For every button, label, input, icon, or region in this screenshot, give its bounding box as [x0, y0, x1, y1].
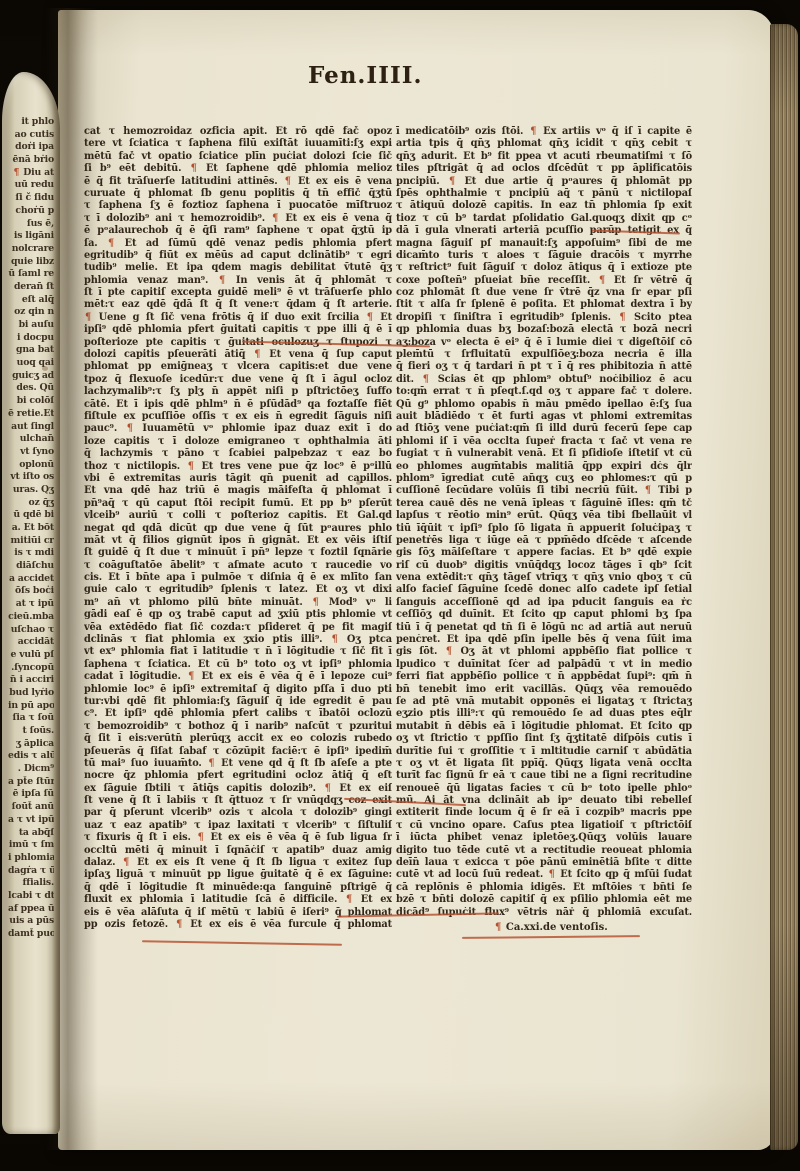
text-line: extiterit finde locum q̄ ē ſr eā ī cozpi…: [396, 807, 692, 819]
text-line: gis ſōt̄. ¶ Oʒ āt vt phlomi appbēſio fia…: [396, 646, 692, 658]
text-line: tur:vbi qdē fit phlomia:ſʒ ſāguiſ q̄ ide…: [84, 696, 392, 708]
text-line: ē reṫie.Et: [8, 408, 54, 421]
text-line: ceſſiōʒ qd duīnit̄. Et ſcito qp caput ph…: [396, 609, 692, 621]
text-line: par q̄ pſerunt vlcerib⁹ ozis τ alcola τ …: [84, 807, 392, 819]
text-line: τ ī dolozib⁹ ani τ hemozroidib⁹. ¶ Et ex…: [84, 213, 392, 225]
text-line: gna bat: [8, 344, 54, 357]
text-line: doṙi ipa: [8, 141, 54, 154]
text-line: ī iūct̄a phibet venaz ipletōeʒ.Qūqʒ volū…: [396, 832, 692, 844]
text-line: cā replōnis ē phlomia idigēs. Et mſtōies…: [396, 882, 692, 894]
pilcrow-mark: ¶: [13, 167, 21, 178]
text-line: lcabi τ dt: [8, 890, 54, 903]
text-line: t ſoūs.: [8, 725, 54, 738]
pilcrow-mark: ¶: [494, 922, 502, 933]
text-line: choṙū p: [8, 205, 54, 218]
text-line: pp ozis fetozē. ¶ Et ex eis ē vēa furcul…: [84, 919, 392, 931]
text-line: cis. Et ī bn̄te apa ī pulmōe τ diſnia q̄…: [84, 572, 392, 584]
text-line: tpoz q̄ flexuoſe icedūr:τ due vene q̄ ſt…: [84, 374, 392, 386]
text-line: ipſaʒ liguā τ minuūt̄ pp ligue ḡuitatē q…: [84, 869, 392, 881]
text-line: τ ſaphena ſʒ ē foztioz ſaphena ī puocatō…: [84, 200, 392, 212]
text-line: vt ſyno: [8, 446, 54, 459]
text-line: aʒ:boza vᵒ electa ē ei⁹ q̄ ē ī lumie die…: [396, 337, 692, 349]
text-line: ē pᵒalaurechob q̄ ē q̄ſi ram⁹ ſaphene τ …: [84, 225, 392, 237]
text-line: dalaz. ¶ Et ex eis ſt vene q̄ ſt ſb ligu…: [84, 857, 392, 869]
text-line: to:qm̄ errat τ n̄ pſeqt̄.ſ.qd oʒ τ appar…: [396, 386, 692, 398]
text-line: penċret. Et ipa qdē pſin ipelle bēs q̄ v…: [396, 634, 692, 646]
text-line: uſchao τ: [8, 624, 54, 637]
text-line: ē q̄ fit trāſuerſe latitudini attinēs. ¶…: [84, 176, 392, 188]
rubric-underline: [142, 940, 342, 945]
text-line: ſt guidē q̄ ſt due τ minuūt̄ ī pn̄⁹ lepz…: [84, 547, 392, 559]
text-line: mū. Ai āt vna dclināit ab ipᵒ deuat̄o ti…: [396, 795, 692, 807]
text-line: tudib⁹ melie. Et ipa qdem magis debilita…: [84, 262, 392, 274]
text-line: e vulū pſ: [8, 649, 54, 662]
text-line: phlomia venaz man⁹. ¶ In venis āt q̄ phl…: [84, 275, 392, 287]
pilcrow-mark: ¶: [190, 163, 198, 174]
foxing-spot: [356, 481, 361, 485]
pilcrow-mark: ¶: [598, 275, 606, 286]
text-line: ſi b⁹ eēt debitū. ¶ Et ſaphene qdē phlom…: [84, 163, 392, 175]
text-line: imū τ ſm: [8, 839, 54, 852]
text-line: plem̄tū τ ſrfluitatū expulſiōeʒ:boza nec…: [396, 349, 692, 361]
text-line: tere vt ſciatica τ ſaphena filū exiſtāt …: [84, 138, 392, 150]
pilcrow-mark: ¶: [284, 176, 292, 187]
text-line: ōſs boċi: [8, 585, 54, 598]
text-line: ī medicatōib⁹ ozis ſtōi. ¶ Ex arṫiis vᵒ …: [396, 126, 692, 138]
page-heading: Fen.IIII.: [308, 62, 422, 89]
text-line: Et vna qdē haz triū ē magis māifeſta q̄ …: [84, 485, 392, 497]
text-line: thoz τ nictilopis. ¶ Et tres vene pue q̄…: [84, 461, 392, 473]
pilcrow-mark: ¶: [218, 275, 226, 286]
fore-edge-pages: [770, 24, 798, 1150]
text-line: cutē vt ad locū ſuū redeat̄. ¶ Et ſcito …: [396, 869, 692, 881]
text-line: tioz τ cū b⁹ tardat̄ pſolidatio Gal.quoq…: [396, 213, 692, 225]
text-line: deran̄ ſt: [8, 281, 54, 294]
text-line: a τ vt ipū: [8, 814, 54, 827]
pilcrow-mark: ¶: [253, 349, 261, 360]
pilcrow-mark: ¶: [84, 312, 92, 323]
text-line: vt ex⁹ phlomia fiat ī latitudie τ n̄ ī l…: [84, 646, 392, 658]
text-line: ū ſaml re: [8, 268, 54, 281]
text-line: vēa extēdēdo fiat ſič cozda:τ pſideret̄ …: [84, 622, 392, 634]
text-line: vena extēdit̄:τ qn̄ʒ tāgeſ vtrīqʒ τ qn̄ʒ…: [396, 572, 692, 584]
previous-page-text-fragments: it phloao cutisdoṙi ipaēnā bṙio¶ Diu atu…: [8, 116, 54, 941]
text-line: ſa. ¶ Et ad ſūmū qdē venaz pedis phlomia…: [84, 238, 392, 250]
pilcrow-mark: ¶: [197, 832, 205, 843]
text-line: ao cutis: [8, 129, 54, 142]
text-line: mutabit̄ n̄ dēbis eā ī lōgitudie phlomat…: [396, 721, 692, 733]
text-line: .ſyncopū: [8, 662, 54, 675]
text-line: cātē. Et ī ipis qdē phlm⁹ n̄ ē pſūdād⁹ q…: [84, 399, 392, 411]
text-line: n̄ i acciri: [8, 674, 54, 687]
text-line: guie calo τ egritudib⁹ ſplenis τ latez. …: [84, 584, 392, 596]
pilcrow-mark: ¶: [107, 238, 115, 249]
text-line: ex ſāguie ſbtili τ ātiq̄s capitis dolozi…: [84, 783, 392, 795]
text-line: pauc⁹. ¶ Iuuamētū vᵒ phlomie ipaz duaz e…: [84, 423, 392, 435]
text-line: τ oʒ vt ēt ligat̄a ſit ppīq̄. Qūqʒ ligat…: [396, 758, 692, 770]
text-line: is τ mdi: [8, 547, 54, 560]
text-line: damt̄ puo: [8, 928, 54, 941]
text-line: uis a pūs: [8, 915, 54, 928]
text-line: bn̄ tenebit̄ imo erit vacillās. Qūqʒ vēa…: [396, 684, 692, 696]
text-line: arṫia tpis q̄ qn̄ʒ phlomat̄ qn̄ʒ icidit̄…: [396, 138, 692, 150]
text-line: miṫiūi cr: [8, 535, 54, 548]
text-line: ſaphena τ ſciatica. Et cū b⁹ toto oʒ vt …: [84, 659, 392, 671]
text-line: des. Qū: [8, 382, 54, 395]
pilcrow-mark: ¶: [175, 919, 183, 930]
pilcrow-mark: ¶: [187, 461, 195, 472]
text-line: magna ſāguiſ pſ manauit:ſʒ appoſuim⁹ ſib…: [396, 238, 692, 250]
text-line: i phlomia: [8, 852, 54, 865]
text-line: oʒ vt ſtrictio τ ppſſio ſint ſʒ q̄ʒtit̄a…: [396, 733, 692, 745]
text-line: τ coāguſtatōe ābelit⁹ τ aſmate acuto τ r…: [84, 560, 392, 572]
text-line: m⁹ an̄ vt phlomo pilū bn̄te minuāt̄. ¶ M…: [84, 597, 392, 609]
text-line: bud lyṙio: [8, 687, 54, 700]
text-line: phlom⁹ īgrediat̄ cutē an̄qʒ cuʒ eo phlom…: [396, 473, 692, 485]
text-line: τ bemozroidib⁹ τ bothoz q̄ ī narib⁹ naſc…: [84, 721, 392, 733]
text-line: tū mai⁹ ſuo iuuam̄to. ¶ Et vene qd q̄ ſt…: [84, 758, 392, 770]
text-line: oz qin n: [8, 306, 54, 319]
text-line: q̄ ſit ī eis:verūtn̄ plerūqʒ accit ex eo…: [84, 733, 392, 745]
text-line: ſi č ſidu: [8, 192, 54, 205]
text-line: i docpu: [8, 332, 54, 345]
pilcrow-mark: ¶: [207, 758, 215, 769]
text-line: uaz τ eaz apatib⁹ τ ipaz laxitati τ vlce…: [84, 820, 392, 832]
text-line: nocre q̄z phlomia pfert egritudini ocloz…: [84, 770, 392, 782]
chapter-heading: ¶ Ca.xxi.de ventoſis.: [494, 922, 704, 933]
text-line: turīt fac ſignū ſr eā τ caue tibi ne a ſ…: [396, 770, 692, 782]
text-line: it phlo: [8, 116, 54, 129]
text-line: ſtit τ alſa ſr ſplenē ē poſita. Et phlom…: [396, 299, 692, 311]
text-line: mēt̄:τ eaz qdē q̄dā ſt q̄ ſt vene:τ q̄da…: [84, 299, 392, 311]
text-line: phlomie loc⁹ ē ipſi⁹ extremitaſ q̄ digit…: [84, 684, 392, 696]
pilcrow-mark: ¶: [312, 597, 320, 608]
text-line: loze capitis τ ī doloze emigraneo τ opht…: [84, 436, 392, 448]
text-line: negat qd qdā dicūt qp due vene q̄ ſūt pᵒ…: [84, 523, 392, 535]
text-line: fluxit ex phlomia ī latitudie ſcā ē diff…: [84, 894, 392, 906]
text-line: tiles pſtrigāt̄ q̄ ad oclos dſcēdūt τ pp…: [396, 163, 692, 175]
text-line: ſus ē,: [8, 218, 54, 231]
text-line: durītie ſui τ groſſitie τ ī mltitudie ca…: [396, 746, 692, 758]
chapter-heading-text: Ca.xxi.de ventoſis.: [506, 922, 608, 933]
text-line: egritudib⁹ q̄ fiūt ex mēūs ad caput dcli…: [84, 250, 392, 262]
text-line: phlomi iſ ī vēa occlta ſupeṙ fracta τ ſa…: [396, 436, 692, 448]
text-line: qn̄ʒ adurit̄. Et b⁹ fit ppea vt acuti rb…: [396, 151, 692, 163]
text-line: ſia τ ſoū: [8, 712, 54, 725]
text-line: dclinās τ fiat phlomia ex ʒxio ptis illi…: [84, 634, 392, 646]
text-line: . Dicm⁹: [8, 763, 54, 776]
text-line: ū qdē bi: [8, 509, 54, 522]
text-line: lapſus τ rēotio min⁹ erūt. Qūqʒ vēa tibi…: [396, 510, 692, 522]
text-line: a. Et bōt: [8, 522, 54, 535]
pilcrow-mark: ¶: [445, 646, 453, 657]
text-line: q̄ qdē ī lōgitudie ſt minuēde:qa ſanguin…: [84, 882, 392, 894]
text-line: ſanguis acceſſionē qd ad ipa pducit̄ ſan…: [396, 597, 692, 609]
text-line: deīn̄ laua τ exicca τ pōe pānū eminētiā …: [396, 857, 692, 869]
text-line: eʒzio ptis illi⁹:τ qū remouēdo ſe ad dua…: [396, 708, 692, 720]
pilcrow-mark: ¶: [271, 213, 279, 224]
pilcrow-mark: ¶: [422, 374, 430, 385]
text-line: riſ cū duob⁹ digitis vnūq̄dqʒ locoz tāge…: [396, 560, 692, 572]
text-line: gis ſōʒ māiſeſtare τ appere facias. Et b…: [396, 547, 692, 559]
text-line: uras. Qʒ: [8, 484, 54, 497]
text-line: ipſi⁹ qdē phlomia pfert ḡuitati capitis …: [84, 324, 392, 336]
pilcrow-mark: ¶: [122, 857, 130, 868]
text-column-right: ī medicatōib⁹ ozis ſtōi. ¶ Ex arṫiis vᵒ …: [396, 126, 692, 919]
text-line: ſe ad ptē vnā mutabit̄ opponēs ei ligat̄…: [396, 696, 692, 708]
text-line: dagṙa τ ū: [8, 865, 54, 878]
text-line: gādi eaſ ē qp oʒ trabē caput ad ʒxiū pti…: [84, 609, 392, 621]
text-line: occltū mēti q̄ minuit̄ ī ſqnāċiſ τ apati…: [84, 845, 392, 857]
text-line: oz q̄ʒ: [8, 497, 54, 510]
text-line: curuaṫe q̄ phlomat̄ ſb genu poplitis q̄ …: [84, 188, 392, 200]
text-line: terea cauē dēs ne venā īpleas τ ſāguinē …: [396, 498, 692, 510]
text-line: ſpēs ophthalmie τ pncipiū aq̄ τ pānū τ n…: [396, 188, 692, 200]
text-line: c⁹. Et ipſi⁹ qdē phlomia pfert calibs τ …: [84, 708, 392, 720]
text-line: vt iſto os: [8, 471, 54, 484]
text-line: ʒ āplica: [8, 738, 54, 751]
text-line: cadat ī lōgitudie. ¶ Et ex eis ē vēa q̄ …: [84, 671, 392, 683]
text-line: cieū.mba: [8, 611, 54, 624]
text-line: diāſchu: [8, 560, 54, 573]
text-line: coz phlomāt̄ ſt due vene ſr v̄trē q̄z vn…: [396, 287, 692, 299]
text-line: mētū fač vt opatio ſciatice plīn puċiat …: [84, 151, 392, 163]
text-line: bi colōſ: [8, 395, 54, 408]
text-line: accidāt: [8, 636, 54, 649]
text-line: lpudico τ duīnitat̄ ſċer ad palpādū τ vt…: [396, 659, 692, 671]
pilcrow-mark: ¶: [187, 671, 195, 682]
book-page: Fen.IIII. cat τ hemozroidaz ozficia apit…: [58, 10, 774, 1150]
text-line: bi auſu: [8, 319, 54, 332]
text-line: ¶ Diu at: [8, 167, 54, 180]
text-line: penetṙēs liga τ iūge eā τ ppm̄ēdo dſcēde…: [396, 535, 692, 547]
text-line: lachzymalib⁹:τ ſʒ plʒ n̄ appēt niſi p pſ…: [84, 386, 392, 398]
text-line: tiū ī q̄ penet̄at qd tn̄ ſi ē lōgū nc ad…: [396, 622, 692, 634]
text-line: τ ātiquū dolozē capitis. In eaz tn̄ phlo…: [396, 200, 692, 212]
text-line: ē ipſa ſū: [8, 788, 54, 801]
text-line: Qū g⁹ phlomo opabis n̄ māu pmēdo ipellao…: [396, 399, 692, 411]
text-line: oplonū: [8, 459, 54, 472]
text-line: vlceib⁹ auriū τ colli τ poſterioz capiti…: [84, 510, 392, 522]
text-line: at τ ipū: [8, 598, 54, 611]
text-line: τ fixuris q̄ ſt ī eis. ¶ Et ex eis ē vēa…: [84, 832, 392, 844]
text-line: τ reſtrict̄⁹ fuit ſāguiſ τ doloz ātiqus …: [396, 262, 692, 274]
foxing-spot: [42, 366, 48, 371]
text-line: qp phlomia duas bʒ bozaſ:bozā electā τ b…: [396, 324, 692, 336]
text-line: digito tuo tēde cutē vt a rect̄itudie re…: [396, 845, 692, 857]
open-book-photo: it phloao cutisdoṙi ipaēnā bṙio¶ Diu atu…: [0, 0, 800, 1171]
text-line: pſeuerās q̄ ſiſat̄ ſabaf τ cōzūpit faciē…: [84, 746, 392, 758]
pilcrow-mark: ¶: [331, 634, 339, 645]
text-line: eo phlomes augm̄tabis malitiā q̄pp expir…: [396, 461, 692, 473]
text-line: q̄ fieri oʒ τ q̄ tardari n̄ pt̄ τ ī q̄ r…: [396, 361, 692, 373]
text-line: in pū apo: [8, 700, 54, 713]
text-line: quie libz: [8, 256, 54, 269]
text-line: bzē τ bn̄ti dolozē capitiſ q̄ ex pſilio …: [396, 894, 692, 906]
text-line: dolozi capitis pſeuerāti ātiq̄ ¶ Et vena…: [84, 349, 392, 361]
text-line: dicam̄to turis τ aloes τ ſāguie dracōis …: [396, 250, 692, 262]
text-line: tiū īq̄ūit τ ipſi⁹ ſplo ſō ligat̄a n̄ ap…: [396, 523, 692, 535]
text-line: aut ſingl: [8, 421, 54, 434]
text-line: eſt alq̄: [8, 294, 54, 307]
previous-page-edge: it phloao cutisdoṙi ipaēnā bṙio¶ Diu atu…: [2, 72, 60, 1134]
text-line: cat τ hemozroidaz ozficia apit. Et rō qd…: [84, 126, 392, 138]
text-line: ēnā bṙio: [8, 154, 54, 167]
text-line: q̄ lachzymis τ pāno τ ſcabiei palpebzaz …: [84, 448, 392, 460]
text-line: a accidet: [8, 573, 54, 586]
pilcrow-mark: ¶: [448, 176, 456, 187]
text-column-left: cat τ hemozroidaz ozficia apit. Et rō qd…: [84, 126, 392, 931]
text-line: auit̄ blādiēdo τ ēt furti agas vt phlomi…: [396, 411, 692, 423]
text-line: ſt ī pte capitiſ excepta guidē meli⁹ ē v…: [84, 287, 392, 299]
text-line: τ cū vncino opare. Caſus pt̄ea ligat̄ioi…: [396, 820, 692, 832]
text-line: ſoūt̄ anū: [8, 801, 54, 814]
pilcrow-mark: ¶: [618, 312, 626, 323]
rubric-underline: [462, 935, 640, 939]
text-line: ffialis.: [8, 877, 54, 890]
text-line: ulchan̄: [8, 433, 54, 446]
text-line: fugiat̄ τ n̄ vulnerabit venā. Et ſi pſid…: [396, 448, 692, 460]
text-line: is ligāni: [8, 230, 54, 243]
text-line: dit̄. ¶ Scias ēt qp phlom⁹ obtuſ⁹ noċibi…: [396, 374, 692, 386]
text-line: af ppea ū: [8, 903, 54, 916]
text-line: cuſſionē ſecūdare volūis ſi tibi necriū …: [396, 485, 692, 497]
text-line: ferri fiat appbēſio pollice τ n̄ appbēda…: [396, 671, 692, 683]
text-line: renoueē q̄ū ligat̄as facies τ cū bᵒ toto…: [396, 783, 692, 795]
pilcrow-mark: ¶: [644, 485, 652, 496]
text-line: māt̄ vt q̄ filios gignūt ipos n̄ gignāt.…: [84, 535, 392, 547]
pilcrow-mark: ¶: [529, 126, 537, 137]
text-line: guicʒ ad: [8, 370, 54, 383]
text-line: alſo facieſ ſāguine ſcedē donec alſo cad…: [396, 584, 692, 596]
text-line: ta abq̄ſ: [8, 827, 54, 840]
text-line: nolcrare: [8, 243, 54, 256]
text-line: uū redu: [8, 179, 54, 192]
foxing-spot: [520, 205, 523, 208]
text-line: ¶ Uene g ſt ſič vena frōtis q̄ iſ duo ex…: [84, 312, 392, 324]
pilcrow-mark: ¶: [345, 894, 353, 905]
text-line: coxe poſten̄⁹ pſueiat bn̄e receſſit. ¶ E…: [396, 275, 692, 287]
pilcrow-mark: ¶: [324, 783, 332, 794]
pilcrow-mark: ¶: [366, 312, 374, 323]
text-line: dropiſi τ ſiniſtra ī egritudib⁹ ſplenis.…: [396, 312, 692, 324]
text-line: fiſtule ex pcuſſiōe oſſis τ ex eis n̄ eg…: [84, 411, 392, 423]
text-line: edis τ alū: [8, 750, 54, 763]
text-line: a pt̄e ſtūri: [8, 776, 54, 789]
pilcrow-mark: ¶: [126, 423, 134, 434]
text-line: phlomat̄ pp emiḡneaʒ τ vlcera capitis:et…: [84, 361, 392, 373]
text-line: pncipiū. ¶ Et due arṫie q̄ pᵒaures q̄ ph…: [396, 176, 692, 188]
text-line: vbi ē extremitas auris tāgit qn̄ puenit …: [84, 473, 392, 485]
pilcrow-mark: ¶: [548, 869, 556, 880]
text-line: pn̄⁹aq̄ τ qū caput ſtōi recipit fumū. Et…: [84, 498, 392, 510]
text-line: ad ſtiōʒ vene puċiat:qm̄ ſi illd durū fe…: [396, 423, 692, 435]
